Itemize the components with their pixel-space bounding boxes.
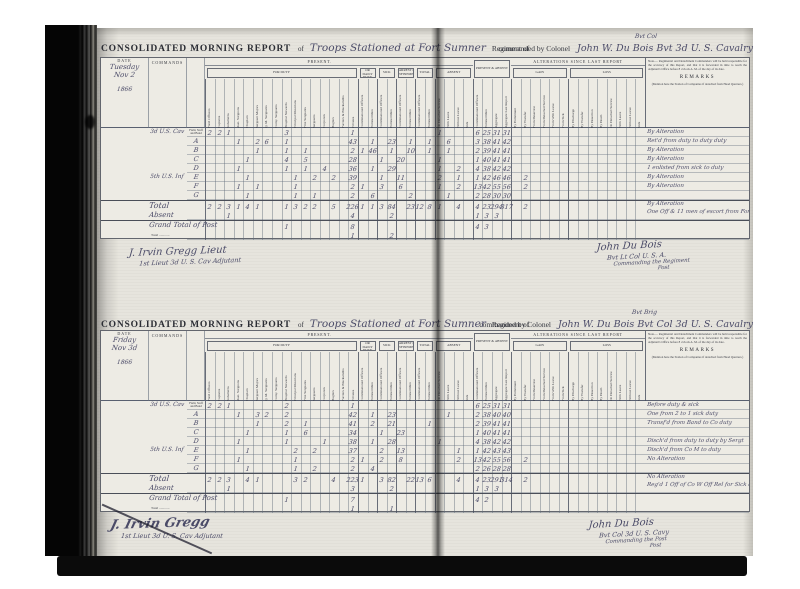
aggregate-digit: 42 [501,437,512,446]
entry-digit: 1 [291,464,302,473]
entry-digit: 1 [291,173,302,182]
aggregate-digit: 40 [501,410,512,419]
column-header: With Leave [619,353,623,401]
column-header: By Desertion [591,353,595,401]
entry-digit: 2 [348,464,359,473]
entry-digit: 1 [224,128,235,137]
remark-line: By Alteration [644,155,749,164]
entry-digit: 28 [386,437,397,446]
group-header-loss: LOSS [570,68,644,78]
remark-line: Disch'd from Co M to duty [644,446,749,455]
column-header: On Detached Service [438,353,442,401]
entry-digit: 1 [377,155,388,164]
column-header: By Transfer [524,80,528,128]
unit-script: Troops Stationed at Fort Sumner [310,42,486,54]
column-header: From With Leave [552,80,556,128]
entry-digit: 1 [367,164,378,173]
entry-digit: 2 [281,419,292,428]
aggregate-digit: 41 [491,146,502,155]
total-remarks: No AlterationReg'd 1 Off of Co W Off Rel… [645,473,749,504]
total-remarks: By AlterationOne Off & 11 men of escort … [645,200,749,231]
remark-line: By Alteration [644,128,749,137]
column-header: Hospital Stewards [285,80,289,128]
remark-line: Disch'd from duty to duty by Sergt [644,437,749,446]
entry-digit: 1 [300,146,311,155]
entry-digit: 5 [329,200,340,211]
column-header: First Sergeants [304,80,308,128]
column-header: Sick [466,80,470,128]
entry-digit: 2 [520,473,531,484]
entry-digit: 1 [252,182,263,191]
morning-report-table-2: PRESENT.PRESENT & ABSENTALTERATIONS SINC… [100,330,750,512]
entry-digit: 5 [300,155,311,164]
remarks-header: Note.— Regimental and Detachment Command… [645,58,749,128]
column-header: Enlisted Men [371,80,375,128]
commands-column-header: COMMANDS [149,331,187,401]
entry-digit: 84 [386,200,397,211]
company-letter: F [186,455,205,464]
remark-line: Reg'd 1 Off of Co W Off Rel for Sick dut… [646,481,748,489]
aggregate-digit: 41 [501,146,512,155]
column-header: Sergeant Majors [256,353,260,401]
entry-digit: 3 [348,484,359,493]
alterations-band-label: ALTERATIONS SINCE LAST REPORT [511,331,645,339]
column-header: By Transfer [581,80,585,128]
entry-digit: 4 [453,200,464,211]
signature-post: Post [657,264,690,272]
aggregate-digit: 41 [501,419,512,428]
aggregate-digit: 31 [491,128,502,137]
column-header: On Detached Service [610,80,614,128]
entry-digit: 1 [348,401,359,410]
report-title: CONSOLIDATED MORNING REPORT [101,44,291,54]
column-header: Enlisted Men [371,353,375,401]
signature-post: Post [649,542,669,549]
column-header: Commissioned Officers [399,353,403,401]
entry-digit: 1 [444,410,455,419]
column-header: From Desertion [533,353,537,401]
brevet-script: Bvt Brig [467,309,658,316]
aggregate-digit: 31 [491,401,502,410]
present-band-label: PRESENT. [205,58,435,66]
column-header: Chaplain [246,353,250,401]
column-header: Corporals [323,353,327,401]
entry-digit: 2 [300,473,311,484]
printed-total-label: Total ............ [149,231,205,240]
entry-digit: 43 [348,137,359,146]
entry-digit: 1 [424,137,435,146]
company-letter: E [186,173,205,182]
commanded-by-label: commanded by Colonel [498,44,570,53]
entry-digit: 2 [453,455,464,464]
command-script: 5th U.S. Inf [148,173,187,182]
column-header: By Transfer [581,353,585,401]
present-and-absent-label: PRESENT & ABSENT [474,333,509,351]
entry-digit: 1 [377,173,388,182]
column-header: Sergeant Majors [256,80,260,128]
entry-digit: 1 [252,419,263,428]
entry-digit: 1 [233,182,244,191]
entry-digit: 6 [367,191,378,200]
entry-digit: 7 [348,493,359,504]
column-header: Commissioned Officers [380,353,384,401]
entry-digit: 1 [357,455,368,464]
column-header: Subalterns [227,80,231,128]
aggregate-digit: 3 [482,220,493,231]
entry-digit: 2 [520,455,531,464]
ledger-page: CONSOLIDATED MORNING REPORT of Troops St… [97,28,753,556]
entry-digit: 2 [348,191,359,200]
date-script: Nov 2 [101,71,149,79]
company-letter: A [186,410,205,419]
column-header: Aggregate [495,80,499,128]
entry-digit: 1 [281,146,292,155]
title-of: of [298,45,304,53]
column-header: Farriers & Blacksmiths [342,353,346,401]
company-letter: G [186,191,205,200]
aggregate-digit: 2 [482,493,493,504]
group-header-arrest: IN ARREST OR CONFINEMENT [398,68,414,78]
entry-digit: 6 [444,137,455,146]
aggregate-digit: 31 [501,401,512,410]
aggregate-digit: 46 [491,173,502,182]
entry-digit: 1 [291,191,302,200]
aggregate-digit: 42 [491,437,502,446]
company-letter: C [186,155,205,164]
entry-digit: 1 [434,155,445,164]
remarks-label: REMARKS [648,75,747,80]
entry-digit: 38 [348,437,359,446]
group-header-loss: LOSS [570,341,644,351]
group-header-extra: EXTRA OR DAILY DUTY [360,68,376,78]
column-header: Enlisted Men [485,353,489,401]
title-of: of [298,321,304,329]
entry-digit: 1 [348,128,359,137]
entry-digit: 4 [348,211,359,220]
column-header: With Leave [447,80,451,128]
absent-band-label [435,331,473,339]
spine-blot [85,115,95,129]
group-header-arrest: IN ARREST OR CONFINEMENT [398,341,414,351]
entry-digit: 23 [386,137,397,146]
entry-digit: 1 [377,428,388,437]
column-header: Q. M. Sergeants [265,80,269,128]
entry-digit: 1 [224,401,235,410]
entry-digit: 1 [233,437,244,446]
column-header: Enlisted Men [409,353,413,401]
entry-digit: 1 [233,455,244,464]
column-header: From Sick [562,80,566,128]
group-header-forduty: FOR DUTY [207,341,357,351]
commanded-by-line: Bvt Brig commanded by Colonel John W. Du… [467,309,753,332]
entry-digit: 1 [233,410,244,419]
company-letter: C [186,428,205,437]
present-band-label: PRESENT. [205,331,435,339]
remarks-note: Note.— Regimental and Detachment Command… [648,332,747,344]
aggregate-digit: 30 [501,191,512,200]
column-header: Captains [218,80,222,128]
column-header: From Detached Service [543,353,547,401]
company-letter: F [186,182,205,191]
entry-digit: 1 [348,504,359,513]
entry-digit: 2 [310,173,321,182]
column-header: By Death [600,80,604,128]
entry-digit: 1 [300,419,311,428]
aggregate-digit: 42 [501,164,512,173]
aggregate-digit: 43 [501,446,512,455]
group-header-absent: ABSENT [436,68,471,78]
commander-name-script: John W. Du Bois Bvt 3d U. S. Cavalry [577,43,753,54]
entry-digit: 23 [386,410,397,419]
aggregate-digit: 41 [491,155,502,164]
entry-digit: 36 [348,164,359,173]
remark-line: By Alteration [646,200,748,208]
remark-line: 1 enlisted from sick to duty [644,164,749,173]
entry-digit: 3 [377,182,388,191]
entry-digit: 1 [424,419,435,428]
commands-label: COMMANDS [149,333,186,338]
column-header: Enlisted Men [428,353,432,401]
aggregate-digit: 46 [501,173,512,182]
unit-script: Troops Stationed at Fort Sumner [310,318,486,330]
column-header: Commissioned Officers [476,80,480,128]
entry-digit: 6 [300,428,311,437]
entry-digit: 2 [520,182,531,191]
column-header: Farriers & Blacksmiths [342,80,346,128]
column-header: With Leave [619,80,623,128]
entry-digit: 2 [310,464,321,473]
entry-digit: 1 [252,146,263,155]
remarks-subtitle: (Mention here the Station of Companies i… [648,82,747,86]
column-header: By Desertion [591,80,595,128]
entry-digit: 1 [386,146,397,155]
column-header: Q. M. Sergeants [265,353,269,401]
column-header: Sick [638,80,642,128]
entry-digit: 1 [310,191,321,200]
entry-digit: 1 [319,437,330,446]
entry-digit: 23 [396,428,407,437]
adjutant-signature-1: J. Irvin Gregg Lieut 1st Lieut 3d U. S. … [129,244,242,268]
report-title: CONSOLIDATED MORNING REPORT [101,320,291,330]
column-header: First Sergeants [304,353,308,401]
entry-digit: 4 [281,155,292,164]
entry-digit: 6 [424,473,435,484]
entry-digit: 1 [243,155,254,164]
aggregate-digit: 55 [491,455,502,464]
absent-band-label [435,58,473,66]
column-header: Hospital Stewards [285,353,289,401]
morning-report-table-1: PRESENT.PRESENT & ABSENTALTERATIONS SINC… [100,57,750,239]
entry-digit: 1 [367,137,378,146]
column-header: By Death [600,353,604,401]
entry-digit: 1 [434,437,445,446]
company-letter: B [186,146,205,155]
date-script: Friday [101,336,149,344]
entry-digit: 34 [348,428,359,437]
column-header: Captains [218,353,222,401]
form-title: CONSOLIDATED MORNING REPORT of Troops St… [101,38,529,56]
aggregate-digit: 41 [501,428,512,437]
entry-digit: 1 [434,200,445,211]
entry-digit: 3 [223,473,234,484]
field-staff-band-label: Field, Staff and Band [187,401,205,410]
date-script: Nov 3d [101,344,149,352]
commander-signature-2: John Du Bois Bvt Col 3d U. S. Cavy Comma… [588,516,670,552]
signature-name: J. Irvin Gregg [109,514,226,533]
remarks-subtitle: (Mention here the Station of Companies i… [648,355,747,359]
adjutant-signature-2: J. Irvin Gregg 1st Lieut 3d U. S. Cav Ad… [111,516,223,540]
total-label: Total [148,200,187,211]
entry-digit: 41 [348,419,359,428]
column-header: Subalterns [227,353,231,401]
group-header-absent: ABSENT [436,341,471,351]
column-header: Commissioned Officers [418,80,422,128]
row-rule [187,191,749,200]
entry-digit: 2 [453,164,464,173]
aggregate-digit: 41 [491,137,502,146]
column-header: Sergeants [313,353,317,401]
entry-digit: 1 [367,437,378,446]
aggregate-digit: 3 [491,211,502,220]
aggregate-digit: 3 [491,484,502,493]
group-header-gain: GAIN [513,68,567,78]
group-header-sick: SICK [379,341,395,351]
column-header: From Desertion [533,80,537,128]
column-header: Asst. Surgeons [237,353,241,401]
entry-digit: 11 [396,173,407,182]
column-header: From With Leave [552,353,556,401]
entry-digit: 2 [386,231,397,240]
entry-digit: 1 [243,464,254,473]
column-header: From Sick [562,353,566,401]
column-header: Without Leave [457,80,461,128]
remark-line: One from 2 to 1 sick duty [644,410,749,419]
field-staff-band-label: Field, Staff and Band [187,128,205,137]
column-header: Field Officers [208,353,212,401]
commands-column-header: COMMANDS [149,58,187,128]
aggregate-digit: 56 [501,455,512,464]
column-header: Commissioned Officers [361,353,365,401]
company-letter: D [186,437,205,446]
column-header: Principal Musicians [294,80,298,128]
group-header-sick: SICK [379,68,395,78]
entry-digit: 2 [453,182,464,191]
column-header: Commissioned Officers [380,80,384,128]
column-header: Without Leave [629,353,633,401]
alterations-band-label: ALTERATIONS SINCE LAST REPORT [511,58,645,66]
commanded-by-label: commanded by Colonel [479,320,551,329]
entry-digit: 2 [367,419,378,428]
entry-digit: 2 [310,200,321,211]
absent-label: Absent [148,484,187,493]
aggregate-digit: 28 [491,464,502,473]
company-letter: D [186,164,205,173]
entry-digit: 1 [357,473,368,484]
entry-digit: 20 [396,155,407,164]
morning-report-form-1: CONSOLIDATED MORNING REPORT of Troops St… [97,36,753,310]
remark-line: No Alteration [644,455,749,464]
command-script: 3d U.S. Cav [148,128,187,137]
group-header-forduty: FOR DUTY [207,68,357,78]
entry-digit: 2 [434,173,445,182]
entry-digit: 29 [386,164,397,173]
company-letter: A [186,137,205,146]
company-column-header [187,58,205,128]
column-header: By Transfer [524,353,528,401]
entry-digit: 1 [453,173,464,182]
column-header: Commissioned Officers [399,80,403,128]
date-script: Tuesday [101,63,149,71]
entry-digit: 1 [281,437,292,446]
group-header-totalp: TOTAL [417,341,433,351]
date-column-header: DATETuesdayNov 21866 [101,58,149,128]
entry-digit: 1 [224,211,235,220]
column-header: Enlisted Men [428,80,432,128]
commander-name-script: John W. Du Bois Bvt Col 3d U. S. Cavalry [558,319,753,330]
total-label: Total [148,473,187,484]
column-header: Privates [352,80,356,128]
entry-digit: 1 [291,182,302,191]
entry-digit: 46 [367,146,378,155]
grand-total-label: Grand Total of Post [148,493,187,504]
entry-digit: 1 [444,191,455,200]
remark-line: By Alteration [644,173,749,182]
entry-digit: 1 [357,182,368,191]
remark-line: Ret'd from duty to duty duty [644,137,749,146]
entry-digit: 2 [377,446,388,455]
row-rule [187,464,749,473]
scan-shadow-band [57,556,747,576]
column-header: Enlisted Men [390,80,394,128]
commander-signature-1: John Du Bois Bvt Lt Col U. S. A. Command… [596,238,690,275]
column-header: Asst. Surgeons [237,80,241,128]
printed-total-label: Total ............ [149,504,205,513]
entry-digit: 8 [396,455,407,464]
entry-digit: 1 [434,182,445,191]
entry-digit: 1 [233,137,244,146]
group-header-extra: EXTRA OR DAILY DUTY [360,341,376,351]
entry-digit: 1 [386,504,397,513]
entry-digit: 2 [386,211,397,220]
company-column-header [187,331,205,401]
entry-digit: 3 [281,128,292,137]
entry-digit: 28 [348,155,359,164]
column-header: Principal Musicians [294,353,298,401]
aggregate-digit: 28 [501,464,512,473]
entry-digit: 2 [262,410,273,419]
aggregate-digit: 41 [491,428,502,437]
entry-digit: 39 [348,173,359,182]
aggregate-digit: 30 [491,191,502,200]
remarks-label: REMARKS [648,348,747,353]
commanded-by-line: Bvt Col commanded by Colonel John W. Du … [467,33,753,56]
group-header-gain: GAIN [513,341,567,351]
aggregate-digit: 55 [491,182,502,191]
entry-digit: 2 [281,401,292,410]
column-header: Comy. Sergeants [275,353,279,401]
commands-label: COMMANDS [149,60,186,65]
date-column-header: DATEFridayNov 3d1866 [101,331,149,401]
column-header: Commissioned Officers [361,80,365,128]
entry-digit: 1 [444,146,455,155]
column-header: Commissioned Officers [476,353,480,401]
remark-line: Transf'd from Band to Co duty [644,419,749,428]
column-header: Sick [466,353,470,401]
column-header: Field Officers [208,80,212,128]
entry-digit: 8 [348,220,359,231]
aggregate-digit: 317 [501,200,512,211]
entry-digit: 42 [348,410,359,419]
